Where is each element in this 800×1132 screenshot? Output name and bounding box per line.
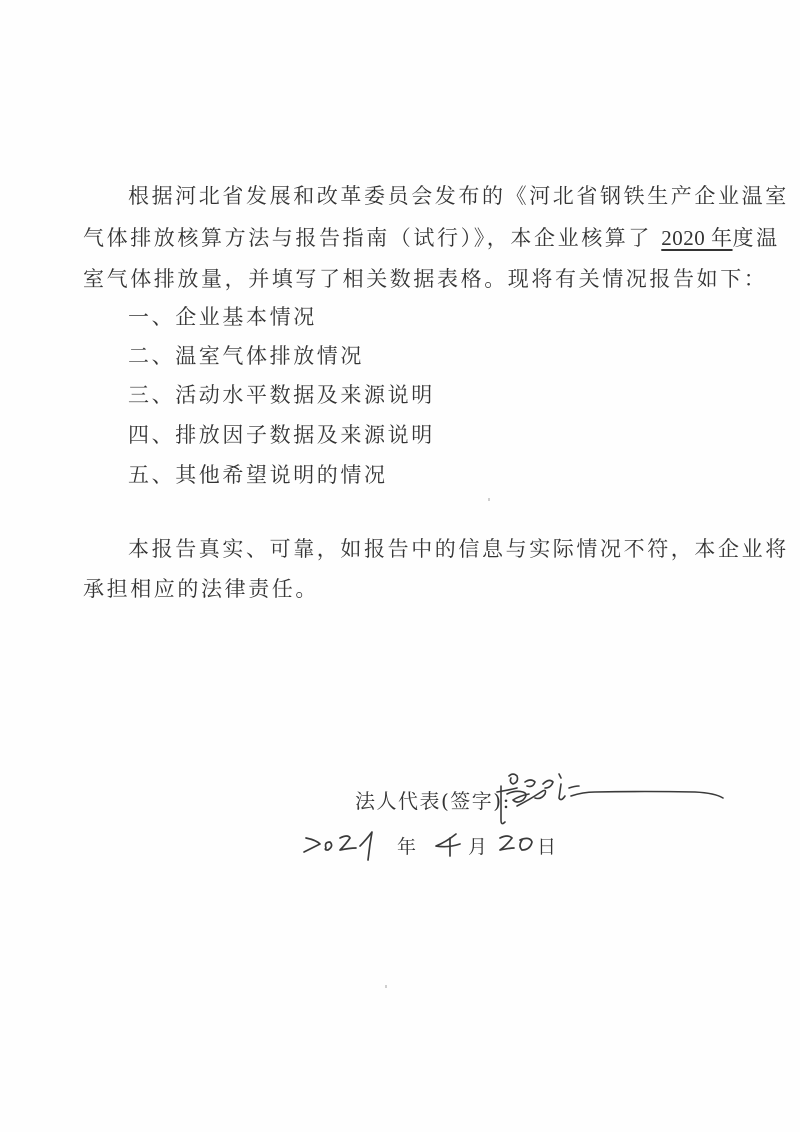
section-item-5: 五、其他希望说明的情况 [128, 462, 388, 488]
paragraph-2-line-2: 承担相应的法律责任。 [83, 576, 319, 602]
paragraph-1-line-2-text: 气体排放核算方法与报告指南（试行）》，本企业核算了 [83, 226, 652, 250]
section-item-2: 二、温室气体排放情况 [128, 343, 364, 369]
section-item-3: 三、活动水平数据及来源说明 [128, 382, 435, 408]
legal-representative-label: 法人代表(签字): [355, 785, 511, 814]
reporting-year: 2020 年 [661, 226, 732, 250]
section-item-4: 四、排放因子数据及来源说明 [128, 422, 435, 448]
document-page: 根据河北省发展和改革委员会发布的《河北省钢铁生产企业温室 气体排放核算方法与报告… [0, 0, 800, 1132]
paragraph-2-line-1: 本报告真实、可靠，如报告中的信息与实际情况不符，本企业将 [128, 536, 789, 562]
section-item-1: 一、企业基本情况 [128, 304, 317, 330]
paragraph-1-line-2-tail: 度温 [733, 226, 780, 250]
paragraph-1-line-1: 根据河北省发展和改革委员会发布的《河北省钢铁生产企业温室 [128, 183, 789, 209]
month-char: 月 [468, 832, 487, 859]
paragraph-1-line-3: 室气体排放量，并填写了相关数据表格。现将有关情况报告如下： [83, 266, 767, 292]
signature-date: 年 月 日 [300, 820, 600, 880]
day-char: 日 [537, 832, 556, 859]
scan-speck [385, 985, 387, 988]
scan-speck [488, 498, 490, 501]
paragraph-1-line-2: 气体排放核算方法与报告指南（试行）》，本企业核算了 2020 年度温 [83, 225, 780, 251]
year-char: 年 [397, 832, 416, 859]
